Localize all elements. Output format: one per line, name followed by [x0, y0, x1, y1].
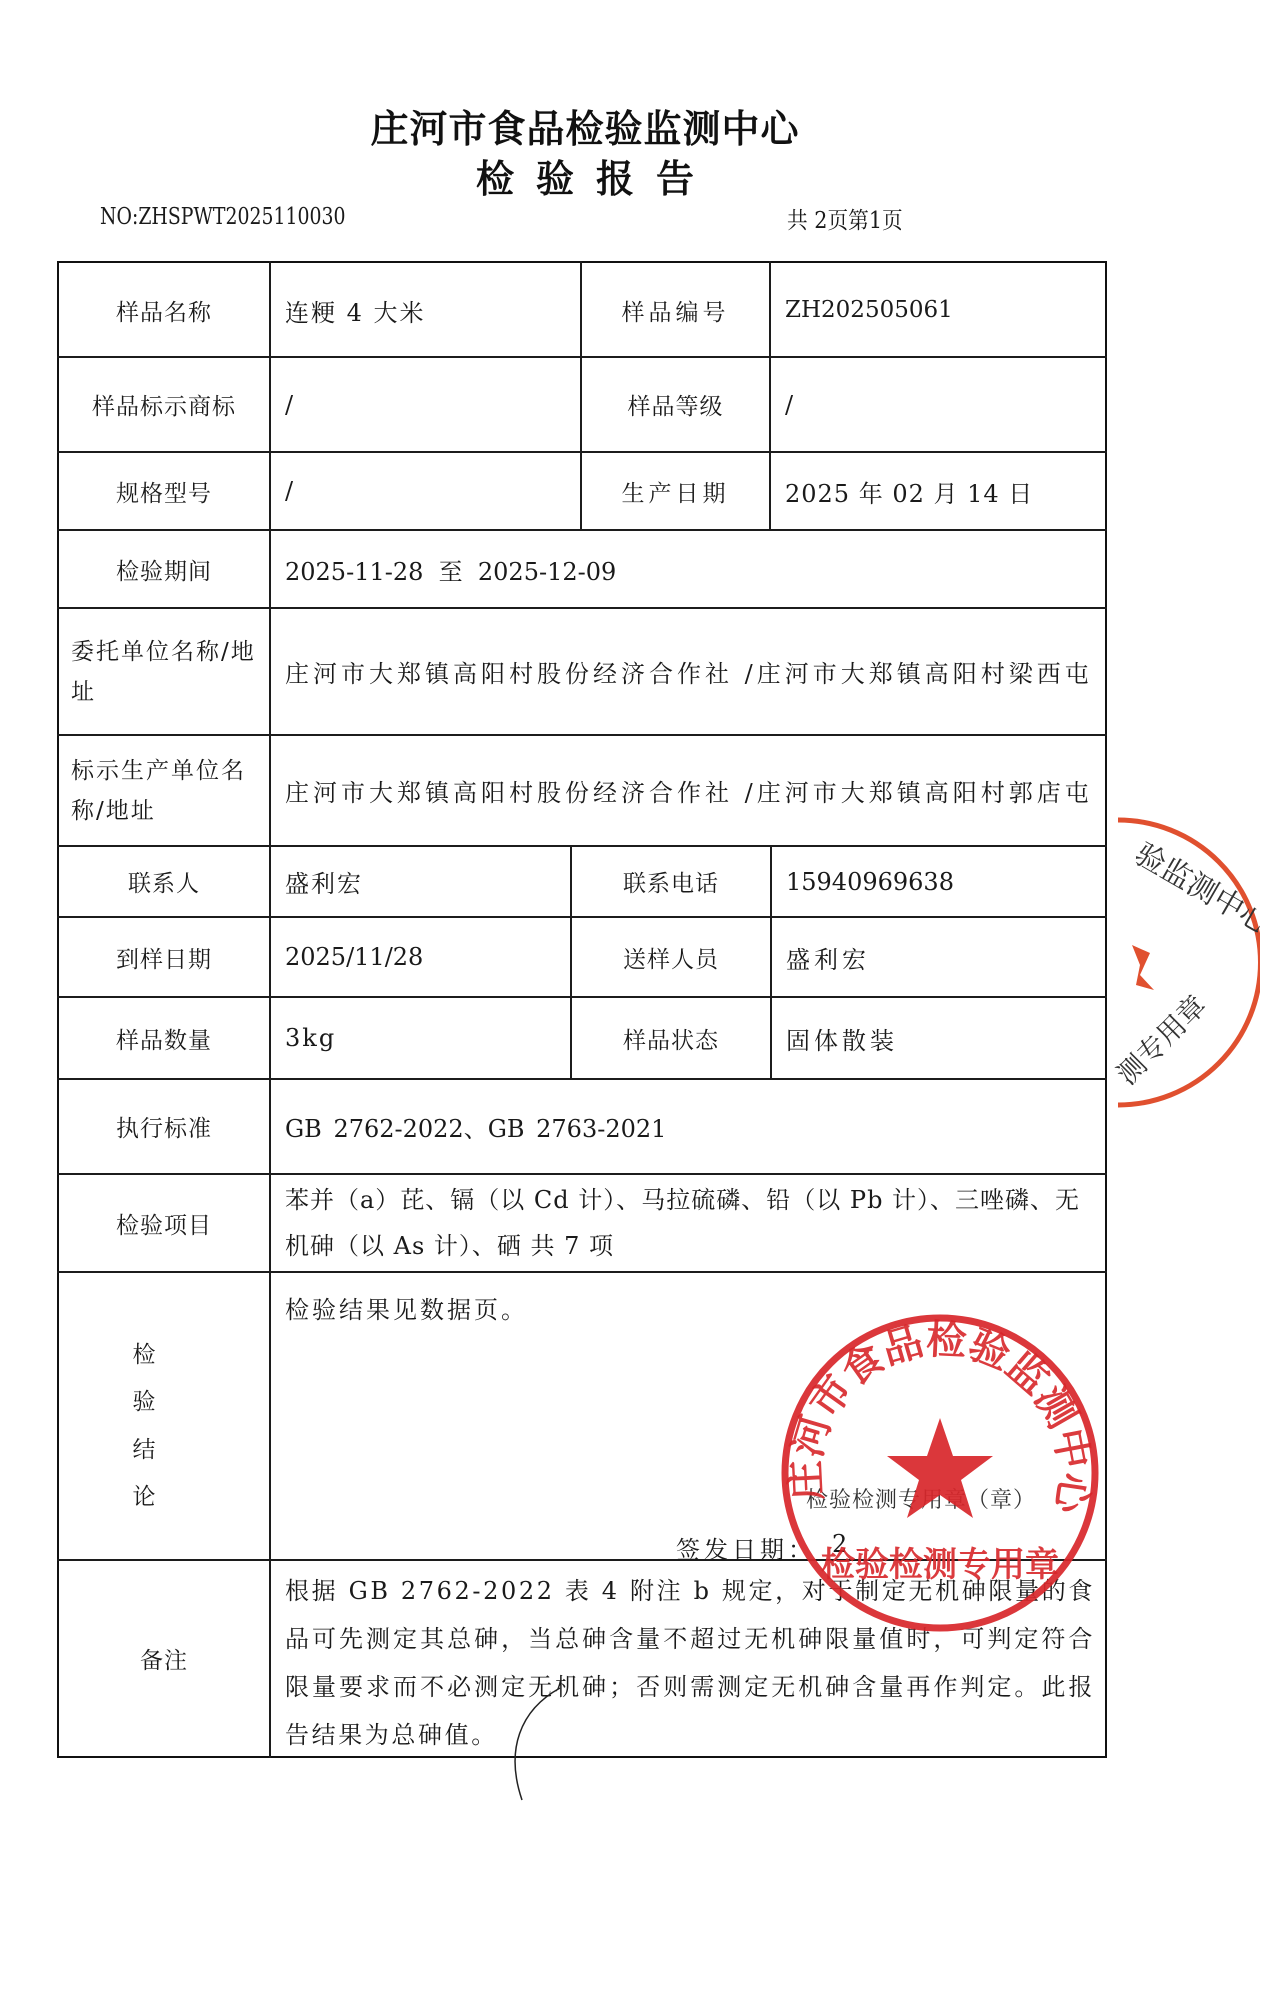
- star-icon: [887, 1418, 993, 1518]
- signature-mark: [500, 1680, 580, 1810]
- phone-label: 联系电话: [572, 847, 770, 916]
- sample-no-label: 样品编号: [582, 263, 769, 357]
- side-seal-bottom-text: 测专用章: [1110, 989, 1213, 1092]
- sample-name-label: 样品名称: [59, 263, 269, 357]
- org-title: 庄河市食品检验监测中心: [0, 98, 1170, 153]
- spec-value: /: [271, 453, 580, 529]
- test-period-label: 检验期间: [59, 531, 269, 607]
- contact-value: 盛利宏: [271, 847, 570, 916]
- conclusion-label-char: 论: [130, 1478, 158, 1511]
- state-label: 样品状态: [572, 998, 770, 1078]
- trademark-value: /: [271, 358, 580, 451]
- remarks-label: 备注: [59, 1561, 269, 1756]
- manufacturer-label: 标示生产单位名称/地址: [59, 736, 269, 845]
- state-value: 固体散装: [772, 998, 1105, 1078]
- manufacturer-value: 庄河市大郑镇高阳村股份经济合作社 /庄河市大郑镇高阳村郭店屯: [271, 736, 1105, 845]
- page-count: 共 2页第1页: [787, 202, 903, 235]
- sender-value: 盛利宏: [772, 918, 1105, 996]
- arrival-date-label: 到样日期: [59, 918, 269, 996]
- doc-title: 检验报告: [0, 148, 1170, 203]
- grade-label: 样品等级: [582, 358, 769, 451]
- conclusion-label-char: 结: [130, 1431, 158, 1464]
- conclusion-value: 检验结果见数据页。: [285, 1290, 528, 1325]
- side-seal: 验监测中心 测专用章: [1110, 815, 1260, 1110]
- sample-no-value: ZH202505061: [771, 263, 1105, 357]
- test-period-value: 2025-11-28 至 2025-12-09: [271, 531, 1105, 607]
- phone-value: 15940969638: [772, 847, 1105, 916]
- quantity-label: 样品数量: [59, 998, 269, 1078]
- trademark-label: 样品标示商标: [59, 358, 269, 451]
- row-divider: [57, 1271, 1107, 1273]
- sample-name-value: 连粳 4 大米: [271, 263, 580, 357]
- standard-value: GB 2762-2022、GB 2763-2021: [271, 1080, 1105, 1173]
- items-label: 检验项目: [59, 1175, 269, 1271]
- production-date-label: 生产日期: [582, 453, 769, 529]
- grade-value: /: [771, 358, 1105, 451]
- contact-label: 联系人: [59, 847, 269, 916]
- client-label: 委托单位名称/地址: [59, 609, 269, 734]
- sender-label: 送样人员: [572, 918, 770, 996]
- production-date-value: 2025 年 02 月 14 日: [771, 453, 1105, 529]
- standard-label: 执行标准: [59, 1080, 269, 1173]
- report-number: NO:ZHSPWT2025110030: [100, 204, 345, 230]
- conclusion-label-char: 检: [130, 1336, 158, 1369]
- official-seal: 庄河市食品检验监测中心 检验检测专用章: [775, 1308, 1105, 1638]
- client-value: 庄河市大郑镇高阳村股份经济合作社 /庄河市大郑镇高阳村梁西屯: [271, 609, 1105, 734]
- arrival-date-value: 2025/11/28: [271, 918, 570, 996]
- spec-label: 规格型号: [59, 453, 269, 529]
- quantity-value: 3kg: [271, 998, 570, 1078]
- seal-bottom-text: 检验检测专用章: [821, 1545, 1059, 1585]
- items-value: 苯并（a）芘、镉（以 Cd 计）、马拉硫磷、铅（以 Pb 计）、三唑磷、无机砷（…: [271, 1175, 1105, 1271]
- conclusion-label-char: 验: [130, 1383, 158, 1416]
